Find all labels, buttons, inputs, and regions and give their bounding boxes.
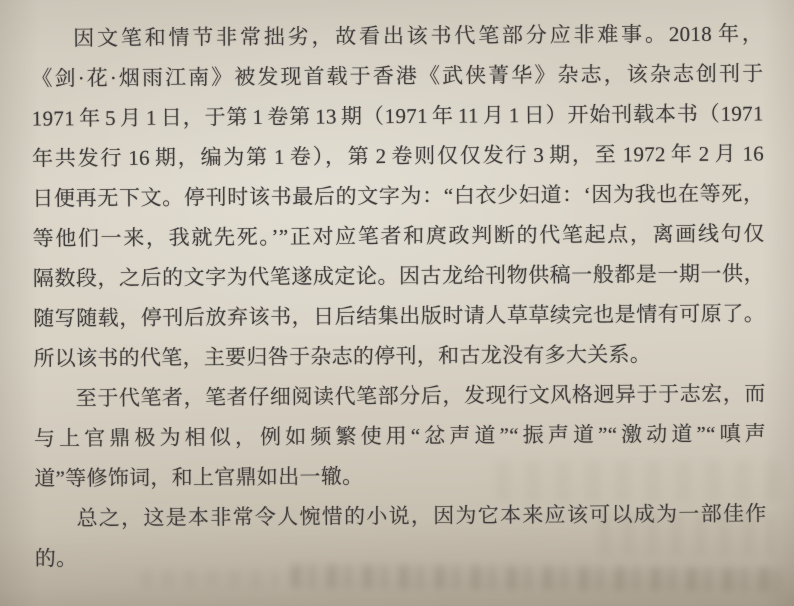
text-line: 1971 年 5 月 1 日，于第 1 卷第 13 期（1971 年 11 月 … <box>32 93 764 138</box>
text-line: 随写随载，停刊后放弃该书，日后结集出版时请人草草续完也是情有可原了。 <box>33 293 765 338</box>
page-text: 因文笔和情节非常拙劣，故看出该书代笔部分应非难事。2018 年，《剑·花·烟雨江… <box>31 13 767 578</box>
paragraph: 因文笔和情节非常拙劣，故看出该书代笔部分应非难事。2018 年，《剑·花·烟雨江… <box>31 13 765 378</box>
text-line: 至于代笔者，笔者仔细阅读代笔部分后，发现行文风格迥异于于志宏，而 <box>34 373 766 418</box>
text-line: 总之，这是本非常令人惋惜的小说，因为它本来应该可以成为一部佳作 <box>34 493 766 538</box>
text-line: 日便再无下文。停刊时该书最后的文字为：“白衣少妇道：‘因为我也在等死， <box>32 173 764 218</box>
text-line: 隔数段，之后的文字为代笔遂成定论。因古龙给刊物供稿一般都是一期一供， <box>33 253 765 298</box>
text-line: 的。 <box>35 533 767 578</box>
paragraph: 总之，这是本非常令人惋惜的小说，因为它本来应该可以成为一部佳作的。 <box>34 493 767 578</box>
paragraph: 至于代笔者，笔者仔细阅读代笔部分后，发现行文风格迥异于于志宏，而与上官鼎极为相似… <box>34 373 767 498</box>
book-page-photo: 因文笔和情节非常拙劣，故看出该书代笔部分应非难事。2018 年，《剑·花·烟雨江… <box>0 0 794 606</box>
text-line: 等他们一来，我就先死。’”正对应笔者和庹政判断的代笔起点，离画线句仅 <box>32 213 764 258</box>
text-line: 与上官鼎极为相似，例如频繁使用“忿声道”“振声道”“激动道”“嗔声 <box>34 413 766 458</box>
text-line: 因文笔和情节非常拙劣，故看出该书代笔部分应非难事。2018 年， <box>31 13 763 58</box>
text-line: 《剑·花·烟雨江南》被发现首载于香港《武侠菁华》杂志，该杂志创刊于 <box>31 53 763 98</box>
text-line: 所以该书的代笔，主要归咎于杂志的停刊，和古龙没有多大关系。 <box>33 333 765 378</box>
text-line: 年共发行 16 期，编为第 1 卷），第 2 卷则仅仅发行 3 期，至 1972… <box>32 133 764 178</box>
text-line: 道”等修饰词，和上官鼎如出一辙。 <box>34 453 766 498</box>
